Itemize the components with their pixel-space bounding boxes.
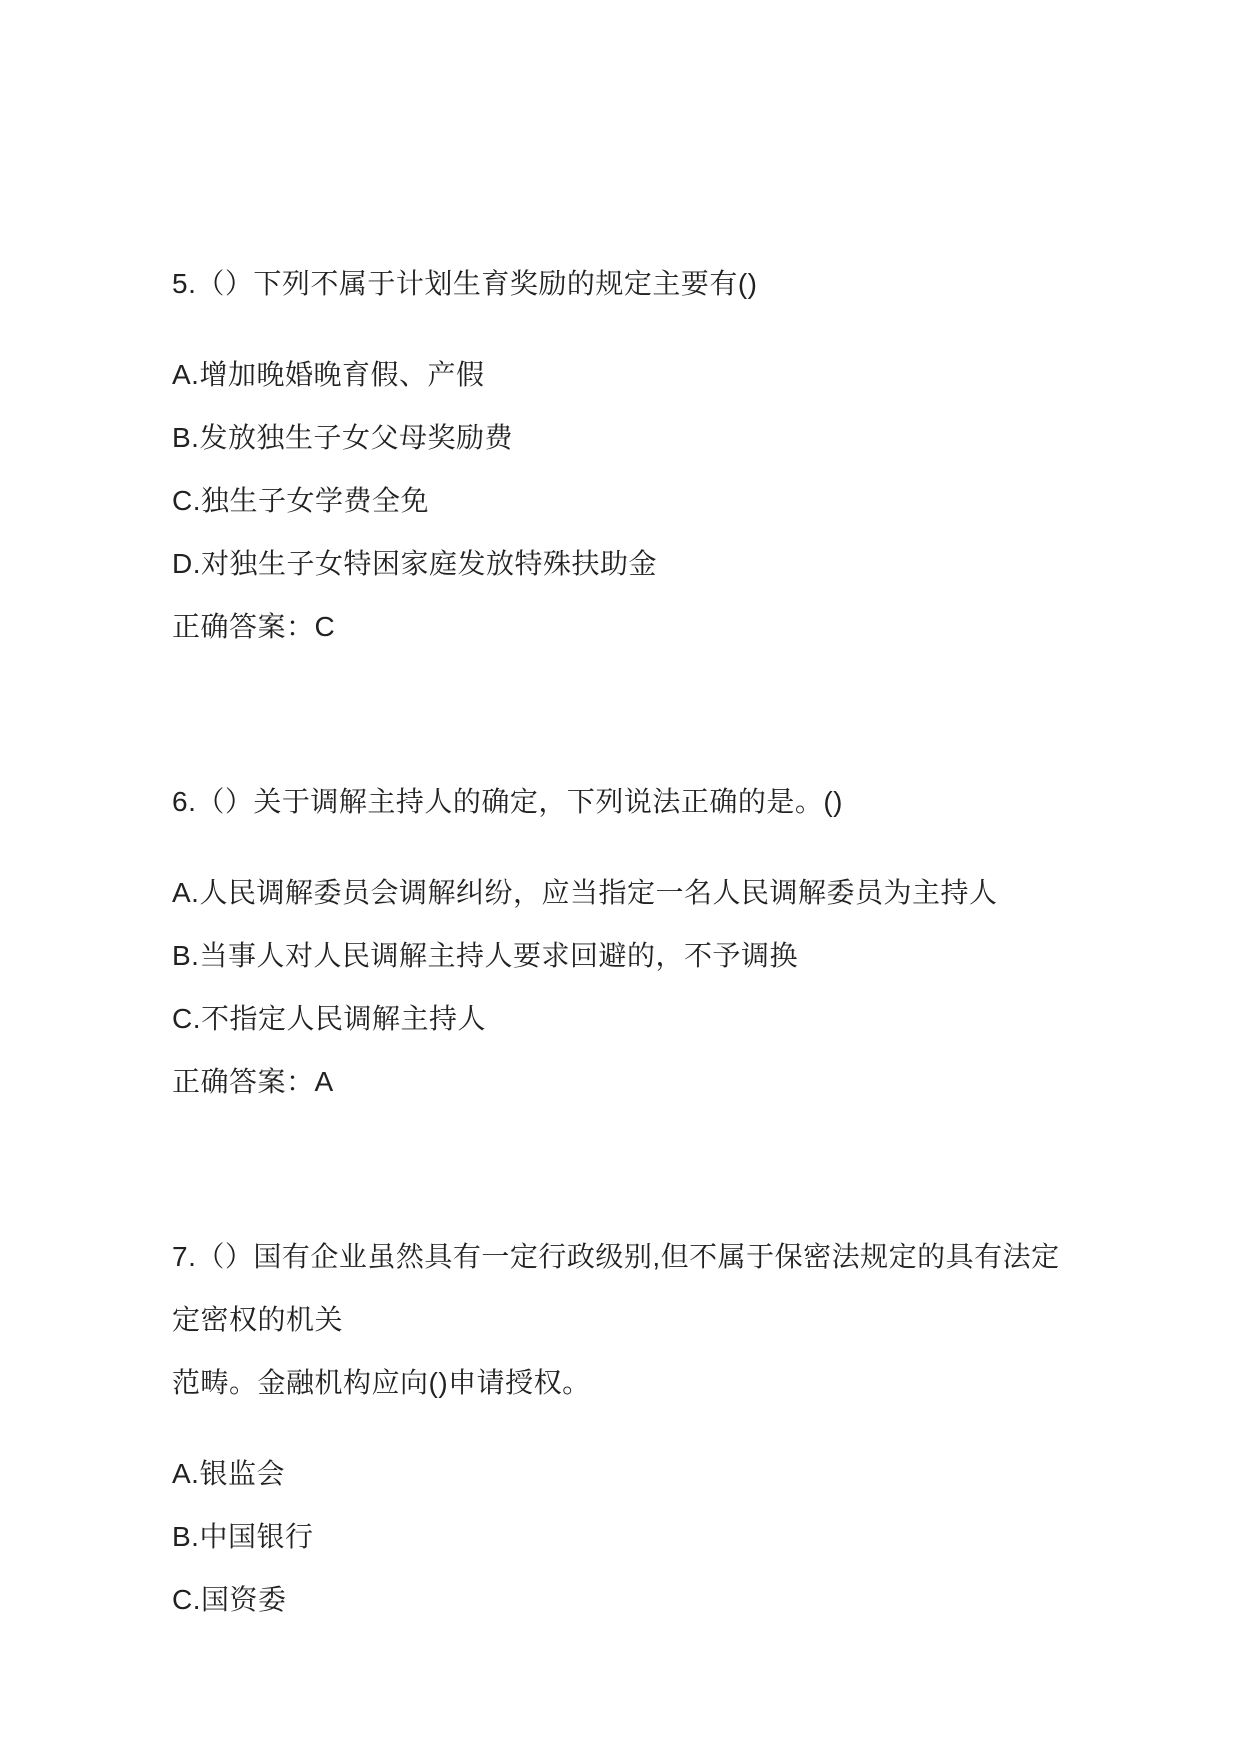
option-line-d: D.对独生子女特困家庭发放特殊扶助金 — [172, 532, 1072, 595]
question-block-7: 7.（）国有企业虽然具有一定行政级别,但不属于保密法规定的具有法定定密权的机关 … — [172, 1225, 1072, 1631]
option-line-c: C.不指定人民调解主持人 — [172, 987, 1072, 1050]
answer-line: 正确答案：C — [172, 595, 1072, 658]
option-line-b: B.中国银行 — [172, 1505, 1072, 1568]
option-line-b: B.发放独生子女父母奖励费 — [172, 406, 1072, 469]
exam-content: 5.（）下列不属于计划生育奖励的规定主要有() A.增加晚婚晚育假、产假 B.发… — [0, 0, 1240, 1631]
option-line-a: A.人民调解委员会调解纠纷，应当指定一名人民调解委员为主持人 — [172, 861, 1072, 924]
question-stem: 6.（）关于调解主持人的确定，下列说法正确的是。() — [172, 770, 1072, 833]
document-page: 5.（）下列不属于计划生育奖励的规定主要有() A.增加晚婚晚育假、产假 B.发… — [0, 0, 1240, 1753]
answer-line: 正确答案：A — [172, 1050, 1072, 1113]
question-stem-line: 范畴。金融机构应向()申请授权。 — [172, 1351, 1072, 1414]
question-stem-line: 7.（）国有企业虽然具有一定行政级别,但不属于保密法规定的具有法定定密权的机关 — [172, 1225, 1072, 1351]
option-line-c: C.独生子女学费全免 — [172, 469, 1072, 532]
question-stem-line: 6.（）关于调解主持人的确定，下列说法正确的是。() — [172, 770, 1072, 833]
question-stem-line: 5.（）下列不属于计划生育奖励的规定主要有() — [172, 252, 1072, 315]
option-line-a: A.增加晚婚晚育假、产假 — [172, 343, 1072, 406]
question-stem: 5.（）下列不属于计划生育奖励的规定主要有() — [172, 252, 1072, 315]
option-line-a: A.银监会 — [172, 1442, 1072, 1505]
question-block-6: 6.（）关于调解主持人的确定，下列说法正确的是。() A.人民调解委员会调解纠纷… — [172, 770, 1072, 1113]
question-stem: 7.（）国有企业虽然具有一定行政级别,但不属于保密法规定的具有法定定密权的机关 … — [172, 1225, 1072, 1414]
option-line-c: C.国资委 — [172, 1568, 1072, 1631]
option-line-b: B.当事人对人民调解主持人要求回避的，不予调换 — [172, 924, 1072, 987]
question-block-5: 5.（）下列不属于计划生育奖励的规定主要有() A.增加晚婚晚育假、产假 B.发… — [172, 252, 1072, 658]
